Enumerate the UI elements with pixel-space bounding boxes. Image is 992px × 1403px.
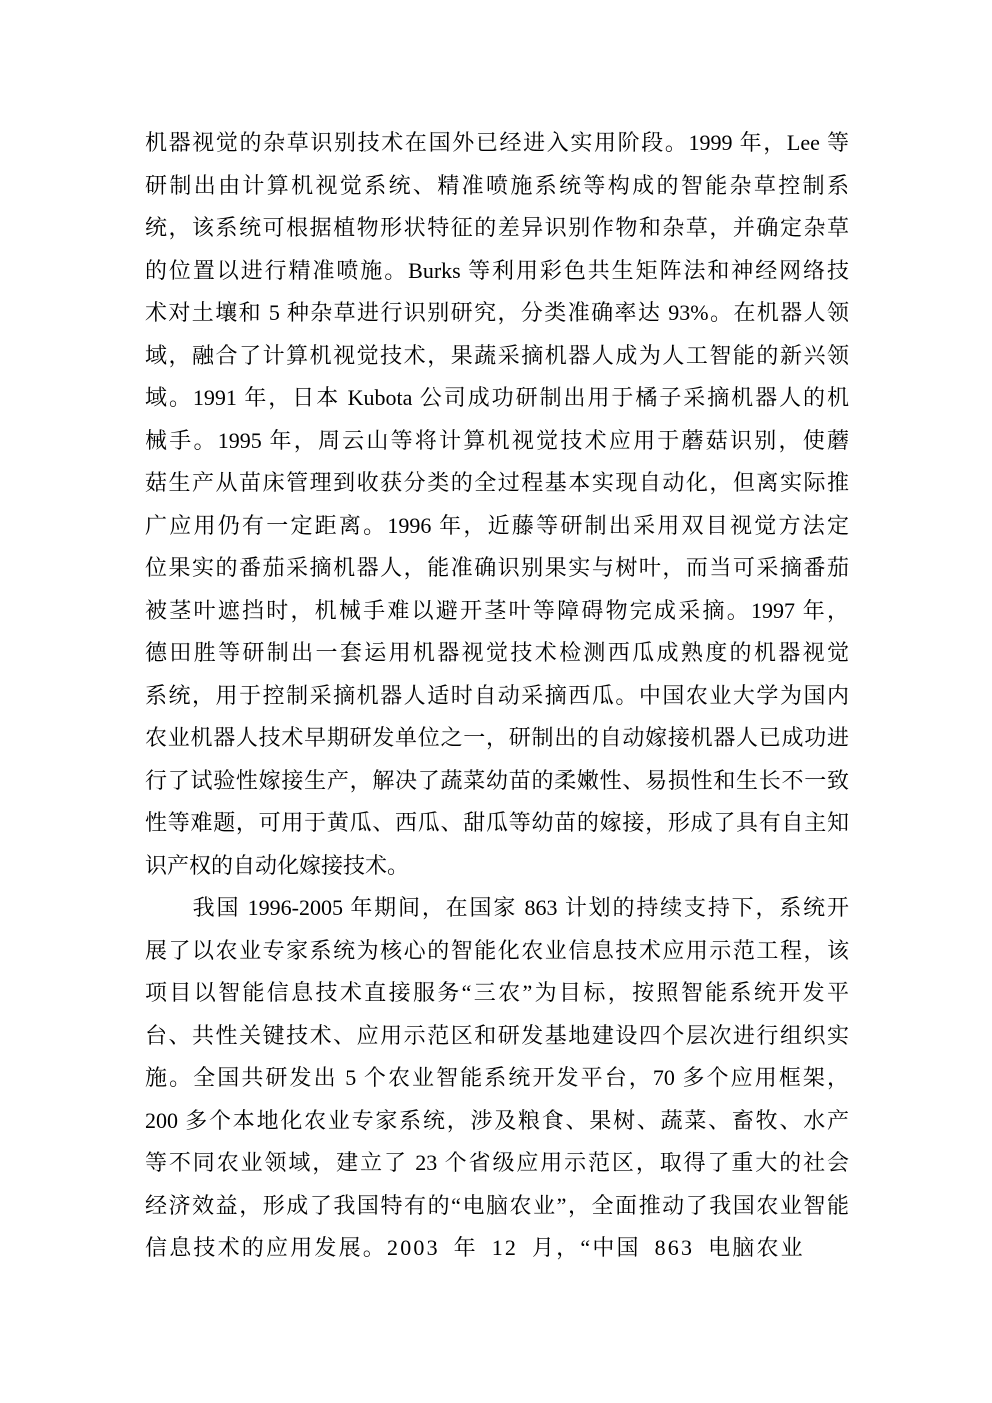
text-line: 施。全国共研发出 5 个农业智能系统开发平台，70 多个应用框架，	[145, 1057, 849, 1100]
text-line: 的位置以进行精准喷施。Burks 等利用彩色共生矩阵法和神经网络技	[145, 250, 849, 293]
text-line: 经济效益，形成了我国特有的“电脑农业”，全面推动了我国农业智能	[145, 1185, 849, 1228]
text-line: 性等难题，可用于黄瓜、西瓜、甜瓜等幼苗的嫁接，形成了具有自主知	[145, 802, 849, 845]
text-line: 台、共性关键技术、应用示范区和研发基地建设四个层次进行组织实	[145, 1015, 849, 1058]
text-line: 信息技术的应用发展。2003 年 12 月，“中国 863 电脑农业	[145, 1227, 849, 1270]
text-line: 械手。1995 年，周云山等将计算机视觉技术应用于蘑菇识别，使蘑	[145, 420, 849, 463]
text-line: 菇生产从苗床管理到收获分类的全过程基本实现自动化，但离实际推	[145, 462, 849, 505]
text-line: 系统，用于控制采摘机器人适时自动采摘西瓜。中国农业大学为国内	[145, 675, 849, 718]
text-line: 广应用仍有一定距离。1996 年，近藤等研制出采用双目视觉方法定	[145, 505, 849, 548]
text-line: 等不同农业领域，建立了 23 个省级应用示范区，取得了重大的社会	[145, 1142, 849, 1185]
text-line: 机器视觉的杂草识别技术在国外已经进入实用阶段。1999 年，Lee 等	[145, 122, 849, 165]
text-line: 项目以智能信息技术直接服务“三农”为目标，按照智能系统开发平	[145, 972, 849, 1015]
paragraph-2: 我国 1996-2005 年期间，在国家 863 计划的持续支持下，系统开展了以…	[145, 887, 849, 1270]
text-line: 行了试验性嫁接生产，解决了蔬菜幼苗的柔嫩性、易损性和生长不一致	[145, 760, 849, 803]
document-page: 机器视觉的杂草识别技术在国外已经进入实用阶段。1999 年，Lee 等研制出由计…	[0, 0, 992, 1403]
text-line: 统，该系统可根据植物形状特征的差异识别作物和杂草，并确定杂草	[145, 207, 849, 250]
text-line: 农业机器人技术早期研发单位之一，研制出的自动嫁接机器人已成功进	[145, 717, 849, 760]
text-line: 研制出由计算机视觉系统、精准喷施系统等构成的智能杂草控制系	[145, 165, 849, 208]
text-line: 位果实的番茄采摘机器人，能准确识别果实与树叶，而当可采摘番茄	[145, 547, 849, 590]
text-line: 我国 1996-2005 年期间，在国家 863 计划的持续支持下，系统开	[145, 887, 849, 930]
text-line: 200 多个本地化农业专家系统，涉及粮食、果树、蔬菜、畜牧、水产	[145, 1100, 849, 1143]
text-block: 机器视觉的杂草识别技术在国外已经进入实用阶段。1999 年，Lee 等研制出由计…	[145, 122, 849, 1270]
paragraph-1: 机器视觉的杂草识别技术在国外已经进入实用阶段。1999 年，Lee 等研制出由计…	[145, 122, 849, 887]
text-line: 域，融合了计算机视觉技术，果蔬采摘机器人成为人工智能的新兴领	[145, 335, 849, 378]
text-line: 被茎叶遮挡时，机械手难以避开茎叶等障碍物完成采摘。1997 年，	[145, 590, 849, 633]
text-line: 识产权的自动化嫁接技术。	[145, 845, 849, 888]
text-line: 德田胜等研制出一套运用机器视觉技术检测西瓜成熟度的机器视觉	[145, 632, 849, 675]
text-line: 展了以农业专家系统为核心的智能化农业信息技术应用示范工程，该	[145, 930, 849, 973]
text-line: 术对土壤和 5 种杂草进行识别研究，分类准确率达 93%。在机器人领	[145, 292, 849, 335]
text-line: 域。1991 年，日本 Kubota 公司成功研制出用于橘子采摘机器人的机	[145, 377, 849, 420]
